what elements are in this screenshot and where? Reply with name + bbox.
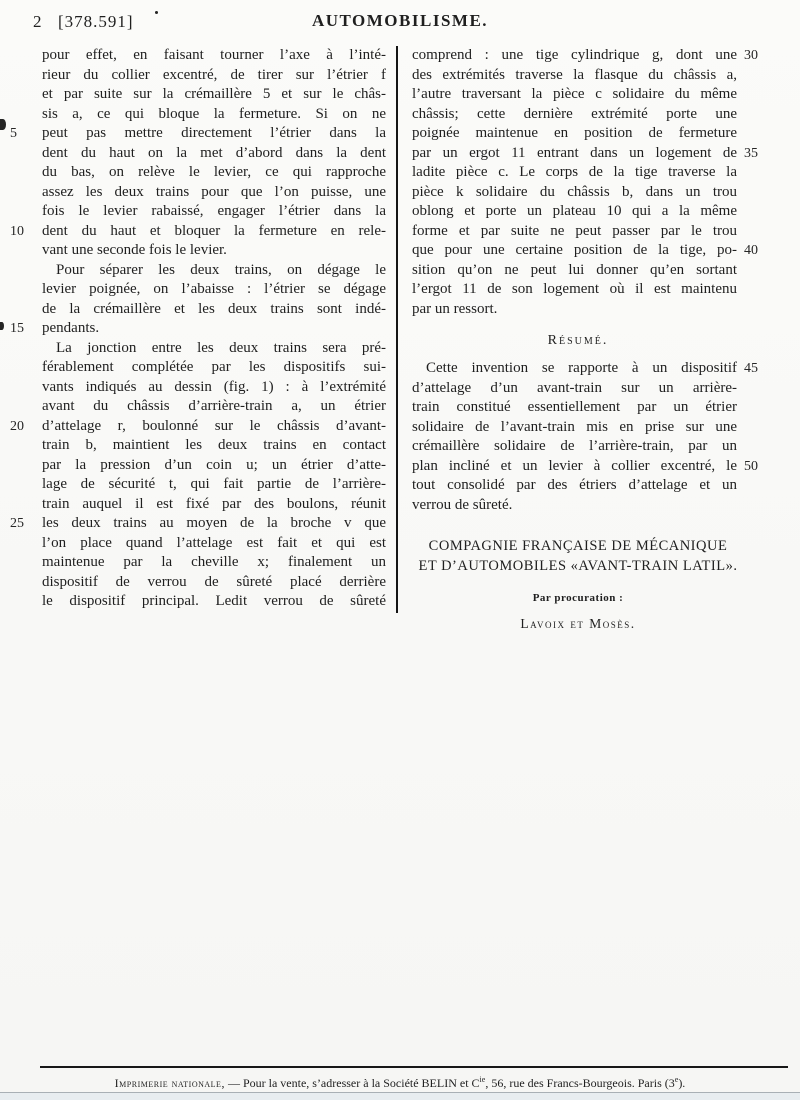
text-line-row: fois le levier rabaissé, engager l’étrie… (8, 202, 386, 222)
margin-line-number (8, 378, 42, 398)
right-column: comprend : une tige cylindrique g, dont … (412, 46, 774, 632)
text-line: l’autre traversant la pièce c solidaire … (412, 85, 737, 105)
company-name-line2: ET D’AUTOMOBILES «AVANT-TRAIN LATIL». (412, 556, 744, 576)
text-line-row: train auquel il est fixé par des boulons… (8, 495, 386, 515)
procuration-label: Par procuration : (412, 592, 744, 604)
text-line: verrou de sûreté. (412, 496, 737, 516)
column-divider (396, 46, 398, 613)
text-line: châssis; cette dernière extrémité porte … (412, 105, 737, 125)
text-line: ladite pièce c. Le corps de la tige trav… (412, 163, 737, 183)
text-line-row: et par suite sur la crémaillère 5 et sur… (8, 85, 386, 105)
text-line: férablement complétée par les dispositif… (42, 358, 386, 378)
text-line: train b, maintient les deux trains en co… (42, 436, 386, 456)
margin-line-number (8, 339, 42, 359)
resume-text: Cette invention se rapporte à un disposi… (412, 359, 774, 515)
text-line-row: par un ressort. (412, 300, 774, 320)
text-line: sition qu’on ne peut lui donner qu’en so… (412, 261, 737, 281)
text-line: fois le levier rabaissé, engager l’étrie… (42, 202, 386, 222)
margin-line-number (8, 495, 42, 515)
margin-line-number (8, 46, 42, 66)
margin-line-number (8, 397, 42, 417)
margin-line-number: 15 (8, 319, 42, 339)
text-line-row: plan incliné et un levier à collier exce… (412, 457, 774, 477)
text-line: de la crémaillère et les deux trains son… (42, 300, 386, 320)
text-line: du bas, on relève le levier, ce qui rapp… (42, 163, 386, 183)
margin-line-number (737, 379, 774, 399)
company-name: COMPAGNIE FRANÇAISE DE MÉCANIQUE ET D’AU… (412, 536, 744, 576)
text-line: d’attelage r, boulonné sur le châssis d’… (42, 417, 386, 437)
margin-line-number (8, 241, 42, 261)
margin-line-number (737, 202, 774, 222)
text-line-row: par un ergot 11 entrant dans un logement… (412, 144, 774, 164)
margin-line-number: 10 (8, 222, 42, 242)
text-line-row: 15pendants. (8, 319, 386, 339)
margin-line-number (737, 163, 774, 183)
text-line-row: Cette invention se rapporte à un disposi… (412, 359, 774, 379)
margin-line-number (737, 398, 774, 418)
text-line: par un ergot 11 entrant dans un logement… (412, 144, 737, 164)
text-line-row: crémaillère solidaire de l’arrière-train… (412, 437, 774, 457)
resume-heading: Résumé. (412, 333, 744, 349)
text-line: vants indiqués au dessin (fig. 1) : à l’… (42, 378, 386, 398)
text-line: dispositif de verrou de sûreté placé der… (42, 573, 386, 593)
margin-line-number (737, 261, 774, 281)
right-column-text: comprend : une tige cylindrique g, dont … (412, 46, 774, 319)
text-line-row: sition qu’on ne peut lui donner qu’en so… (412, 261, 774, 281)
text-line-row: par la pression d’un coin u; un étrier d… (8, 456, 386, 476)
text-line: plan incliné et un levier à collier exce… (412, 457, 737, 477)
footer-text: — Pour la vente, s’adresser à la Société… (225, 1076, 480, 1090)
text-line: tout consolidé par des étriers d’attelag… (412, 476, 737, 496)
margin-line-number (737, 418, 774, 438)
text-line-row: vants indiqués au dessin (fig. 1) : à l’… (8, 378, 386, 398)
text-line: sis a, ce qui bloque la fermeture. Si on… (42, 105, 386, 125)
text-line: rieur du collier excentré, de tirer sur … (42, 66, 386, 86)
text-line-row: sis a, ce qui bloque la fermeture. Si on… (8, 105, 386, 125)
margin-line-number (8, 534, 42, 554)
text-line: dent du haut on la met d’abord dans la d… (42, 144, 386, 164)
text-line: les deux trains au moyen de la broche v … (42, 514, 386, 534)
margin-line-number (8, 592, 42, 612)
text-line-row: poignée maintenue en position de fermetu… (412, 124, 774, 144)
left-column: pour effet, en faisant tourner l’axe à l… (8, 46, 386, 612)
text-line: Cette invention se rapporte à un disposi… (412, 359, 737, 379)
scan-edge-strip (0, 1092, 800, 1100)
text-line-row: tout consolidé par des étriers d’attelag… (412, 476, 774, 496)
text-line: levier poignée, on l’abaisse : l’étrier … (42, 280, 386, 300)
margin-line-number: 20 (8, 417, 42, 437)
text-line-row: châssis; cette dernière extrémité porte … (412, 105, 774, 125)
signatories: Lavoix et Mosès. (412, 616, 744, 632)
text-line: maintenue par la cheville x; finalement … (42, 553, 386, 573)
margin-line-number (8, 456, 42, 476)
scan-artifact (155, 11, 158, 14)
text-line: dent du haut et bloquer la fermeture en … (42, 222, 386, 242)
margin-line-number (8, 85, 42, 105)
text-line: comprend : une tige cylindrique g, dont … (412, 46, 737, 66)
text-line-row: train constitué essentiellement par un é… (412, 398, 774, 418)
margin-line-number (737, 300, 774, 320)
text-line: l’ergot 11 de son logement où il est mai… (412, 280, 737, 300)
text-line-row: train b, maintient les deux trains en co… (8, 436, 386, 456)
text-line: avant du châssis d’arrière-train a, un é… (42, 397, 386, 417)
text-line-row: maintenue par la cheville x; finalement … (8, 553, 386, 573)
margin-line-number (8, 436, 42, 456)
company-name-line1: COMPAGNIE FRANÇAISE DE MÉCANIQUE (412, 536, 744, 556)
margin-line-number (8, 202, 42, 222)
text-line: des extrémités traverse la flasque du ch… (412, 66, 737, 86)
margin-line-number (737, 280, 774, 300)
text-line-row: l’ergot 11 de son logement où il est mai… (412, 280, 774, 300)
margin-line-number: 45 (737, 359, 774, 379)
text-line: pour effet, en faisant tourner l’axe à l… (42, 46, 386, 66)
footer-rule (40, 1066, 788, 1068)
text-line-row: de la crémaillère et les deux trains son… (8, 300, 386, 320)
text-line-row: l’autre traversant la pièce c solidaire … (412, 85, 774, 105)
margin-line-number: 35 (737, 144, 774, 164)
text-line: d’attelage d’un avant-train sur un arriè… (412, 379, 737, 399)
text-line: poignée maintenue en position de fermetu… (412, 124, 737, 144)
text-line-row: des extrémités traverse la flasque du ch… (412, 66, 774, 86)
text-line: train auquel il est fixé par des boulons… (42, 495, 386, 515)
text-line-row: 25les deux trains au moyen de la broche … (8, 514, 386, 534)
text-line: train constitué essentiellement par un é… (412, 398, 737, 418)
text-line-row: assez les deux trains pour que l’on puis… (8, 183, 386, 203)
text-line-row: lage de sécurité t, qui fait partie de l… (8, 475, 386, 495)
patent-page: 2 [378.591] AUTOMOBILISME. pour effet, e… (0, 0, 800, 1100)
text-line: par la pression d’un coin u; un étrier d… (42, 456, 386, 476)
text-line: le dispositif principal. Ledit verrou de… (42, 592, 386, 612)
text-line-row: du bas, on relève le levier, ce qui rapp… (8, 163, 386, 183)
scan-artifact (0, 119, 6, 130)
text-line-row: dent du haut on la met d’abord dans la d… (8, 144, 386, 164)
text-line: l’on place quand l’attelage est fait et … (42, 534, 386, 554)
page-title: AUTOMOBILISME. (0, 11, 800, 31)
text-line: forme et par suite ne peut passer par le… (412, 222, 737, 242)
margin-line-number (737, 124, 774, 144)
margin-line-number (737, 105, 774, 125)
margin-line-number (737, 476, 774, 496)
text-line-row: férablement complétée par les dispositif… (8, 358, 386, 378)
margin-line-number: 25 (8, 514, 42, 534)
text-line-row: ladite pièce c. Le corps de la tige trav… (412, 163, 774, 183)
text-line: pièce k solidaire du châssis b, dans un … (412, 183, 737, 203)
text-line-row: vant une seconde fois le levier. (8, 241, 386, 261)
margin-line-number (8, 573, 42, 593)
text-line: et par suite sur la crémaillère 5 et sur… (42, 85, 386, 105)
margin-line-number: 40 (737, 241, 774, 261)
text-line-row: oblong et porte un plateau 10 qui a la m… (412, 202, 774, 222)
text-line-row: comprend : une tige cylindrique g, dont … (412, 46, 774, 66)
text-line-row: forme et par suite ne peut passer par le… (412, 222, 774, 242)
text-line: pendants. (42, 319, 386, 339)
margin-line-number (8, 66, 42, 86)
text-line-row: pour effet, en faisant tourner l’axe à l… (8, 46, 386, 66)
margin-line-number (737, 437, 774, 457)
text-line-row: verrou de sûreté. (412, 496, 774, 516)
text-line: oblong et porte un plateau 10 qui a la m… (412, 202, 737, 222)
text-line-row: rieur du collier excentré, de tirer sur … (8, 66, 386, 86)
footer-text: , 56, rue des Francs-Bourgeois. Paris (3 (485, 1076, 674, 1090)
text-line-row: 10dent du haut et bloquer la fermeture e… (8, 222, 386, 242)
margin-line-number (8, 300, 42, 320)
margin-line-number (737, 222, 774, 242)
margin-line-number (8, 475, 42, 495)
margin-line-number (737, 496, 774, 516)
text-line-row: l’on place quand l’attelage est fait et … (8, 534, 386, 554)
text-line: assez les deux trains pour que l’on puis… (42, 183, 386, 203)
margin-line-number (8, 144, 42, 164)
margin-line-number (8, 183, 42, 203)
printer-name: Imprimerie nationale, (115, 1076, 225, 1090)
margin-line-number (737, 85, 774, 105)
text-line-row: 20d’attelage r, boulonné sur le châssis … (8, 417, 386, 437)
margin-line-number (8, 163, 42, 183)
text-line: par un ressort. (412, 300, 737, 320)
margin-line-number (8, 280, 42, 300)
margin-line-number (8, 358, 42, 378)
text-line: vant une seconde fois le levier. (42, 241, 386, 261)
text-line: que pour une certaine position de la tig… (412, 241, 737, 261)
margin-line-number: 30 (737, 46, 774, 66)
text-line: Pour séparer les deux trains, on dégage … (42, 261, 386, 281)
margin-line-number (737, 183, 774, 203)
text-line-row: La jonction entre les deux trains sera p… (8, 339, 386, 359)
text-line-row: Pour séparer les deux trains, on dégage … (8, 261, 386, 281)
text-line-row: le dispositif principal. Ledit verrou de… (8, 592, 386, 612)
footer-imprint: Imprimerie nationale, — Pour la vente, s… (0, 1075, 800, 1091)
margin-line-number (8, 553, 42, 573)
text-line: solidaire de l’avant-train mis en prise … (412, 418, 737, 438)
text-line: crémaillère solidaire de l’arrière-train… (412, 437, 737, 457)
text-line-row: 5peut pas mettre directement l’étrier da… (8, 124, 386, 144)
text-line-row: pièce k solidaire du châssis b, dans un … (412, 183, 774, 203)
margin-line-number: 5 (8, 124, 42, 144)
margin-line-number (8, 261, 42, 281)
margin-line-number (8, 105, 42, 125)
text-line-row: que pour une certaine position de la tig… (412, 241, 774, 261)
scan-artifact (0, 322, 4, 330)
text-line-row: dispositif de verrou de sûreté placé der… (8, 573, 386, 593)
text-line-row: levier poignée, on l’abaisse : l’étrier … (8, 280, 386, 300)
text-line: lage de sécurité t, qui fait partie de l… (42, 475, 386, 495)
footer-text: ). (678, 1076, 685, 1090)
text-line-row: avant du châssis d’arrière-train a, un é… (8, 397, 386, 417)
text-line: La jonction entre les deux trains sera p… (42, 339, 386, 359)
margin-line-number (737, 66, 774, 86)
text-line-row: d’attelage d’un avant-train sur un arriè… (412, 379, 774, 399)
text-line-row: solidaire de l’avant-train mis en prise … (412, 418, 774, 438)
text-line: peut pas mettre directement l’étrier dan… (42, 124, 386, 144)
margin-line-number: 50 (737, 457, 774, 477)
